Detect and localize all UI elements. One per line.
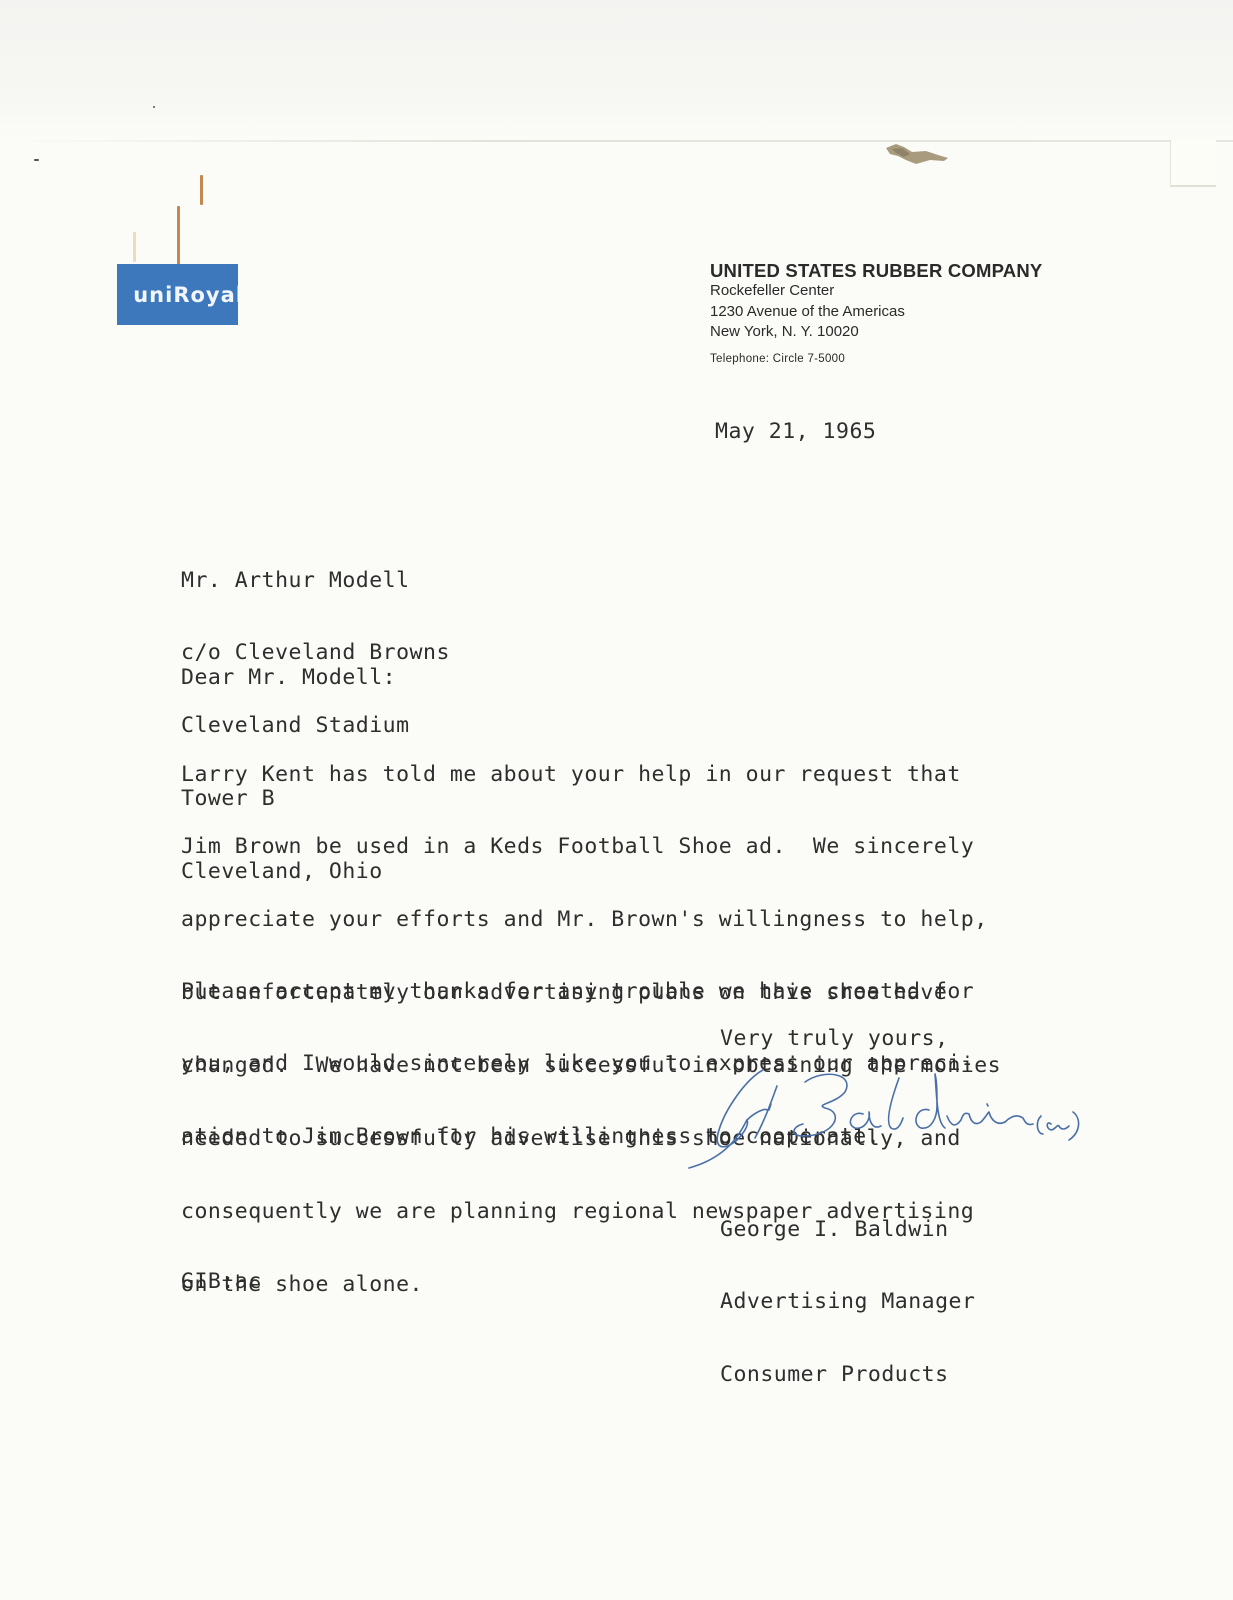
staple-rust-mark <box>200 175 203 205</box>
letterhead: UNITED STATES RUBBER COMPANY Rockefeller… <box>710 260 1042 365</box>
paper-debris-mark <box>882 142 962 168</box>
text-line: appreciate your efforts and Mr. Brown's … <box>181 908 1001 932</box>
logo-text: uniRoyal <box>133 283 238 307</box>
staple-rust-mark <box>133 232 136 262</box>
text-line: Larry Kent has told me about your help i… <box>181 763 1001 787</box>
scan-background-top <box>0 0 1233 140</box>
text-line: Please accept my thanks for any trouble … <box>181 980 974 1004</box>
address-line: Mr. Arthur Modell <box>181 569 450 593</box>
reference-initials: GIB:ac <box>181 1270 262 1294</box>
text-line: Jim Brown be used in a Keds Football Sho… <box>181 835 1001 859</box>
telephone: Telephone: Circle 7-5000 <box>710 353 1042 365</box>
company-name: UNITED STATES RUBBER COMPANY <box>710 260 1042 281</box>
signer-block: George I. Baldwin Advertising Manager Co… <box>720 1169 975 1412</box>
address-line: New York, N. Y. 10020 <box>710 322 1042 343</box>
signer-department: Consumer Products <box>720 1363 975 1387</box>
address-line: 1230 Avenue of the Americas <box>710 302 1042 323</box>
letter-date: May 21, 1965 <box>715 420 876 444</box>
handwritten-signature <box>685 1060 1105 1180</box>
signer-name: George I. Baldwin <box>720 1218 975 1242</box>
signer-title: Advertising Manager <box>720 1290 975 1314</box>
salutation: Dear Mr. Modell: <box>181 666 396 690</box>
address-line: Rockefeller Center <box>710 281 1042 302</box>
paper-top-edge <box>0 140 1233 142</box>
folded-corner <box>1170 140 1216 187</box>
speck-mark <box>34 159 39 161</box>
closing: Very truly yours, <box>720 1027 949 1051</box>
address-line: c/o Cleveland Browns <box>181 641 450 665</box>
uniroyal-logo: uniRoyal <box>117 264 238 325</box>
speck-mark <box>153 106 155 108</box>
